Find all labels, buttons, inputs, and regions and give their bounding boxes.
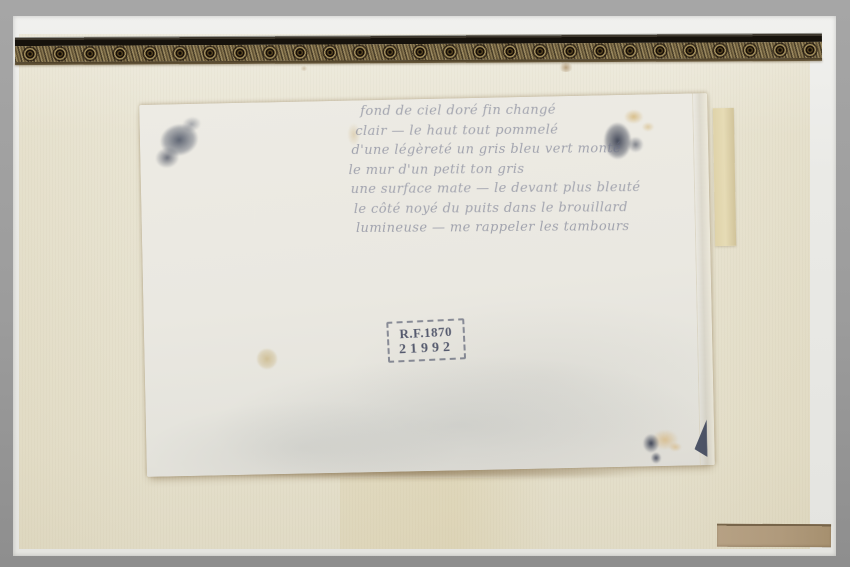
handwriting-line: d'une légèreté un gris bleu vert monté xyxy=(351,139,710,161)
decorative-border-band xyxy=(15,33,822,65)
handwriting-line: lumineuse — me rappeler les tambours xyxy=(356,217,711,239)
collection-stamp: R.F.1870 21992 xyxy=(386,318,466,363)
paper-fragment-bottom-right xyxy=(717,524,831,548)
charcoal-smudge-top-left xyxy=(143,110,212,176)
handwriting-line: une surface mate — le devant plus bleuté xyxy=(351,178,711,200)
photo-of-drawing-verso: fond de ciel doré fin changé clair — le … xyxy=(0,0,850,567)
foxing-speck xyxy=(558,63,574,72)
handwriting-line: fond de ciel doré fin changé xyxy=(360,100,710,122)
page-stain xyxy=(340,478,550,549)
handwritten-note: fond de ciel doré fin changé clair — le … xyxy=(348,100,711,239)
foxing-speck xyxy=(300,66,308,71)
tape-strip xyxy=(713,108,736,246)
handwriting-line: le mur d'un petit ton gris xyxy=(349,158,711,180)
handwriting-line: clair — le haut tout pommelé xyxy=(355,119,710,141)
foxing-spot xyxy=(256,348,277,369)
handwriting-line: le côté noyé du puits dans le brouillard xyxy=(354,197,711,219)
stamp-inventory-number: 21992 xyxy=(391,338,462,358)
drawing-sheet-verso: fond de ciel doré fin changé clair — le … xyxy=(139,93,715,477)
